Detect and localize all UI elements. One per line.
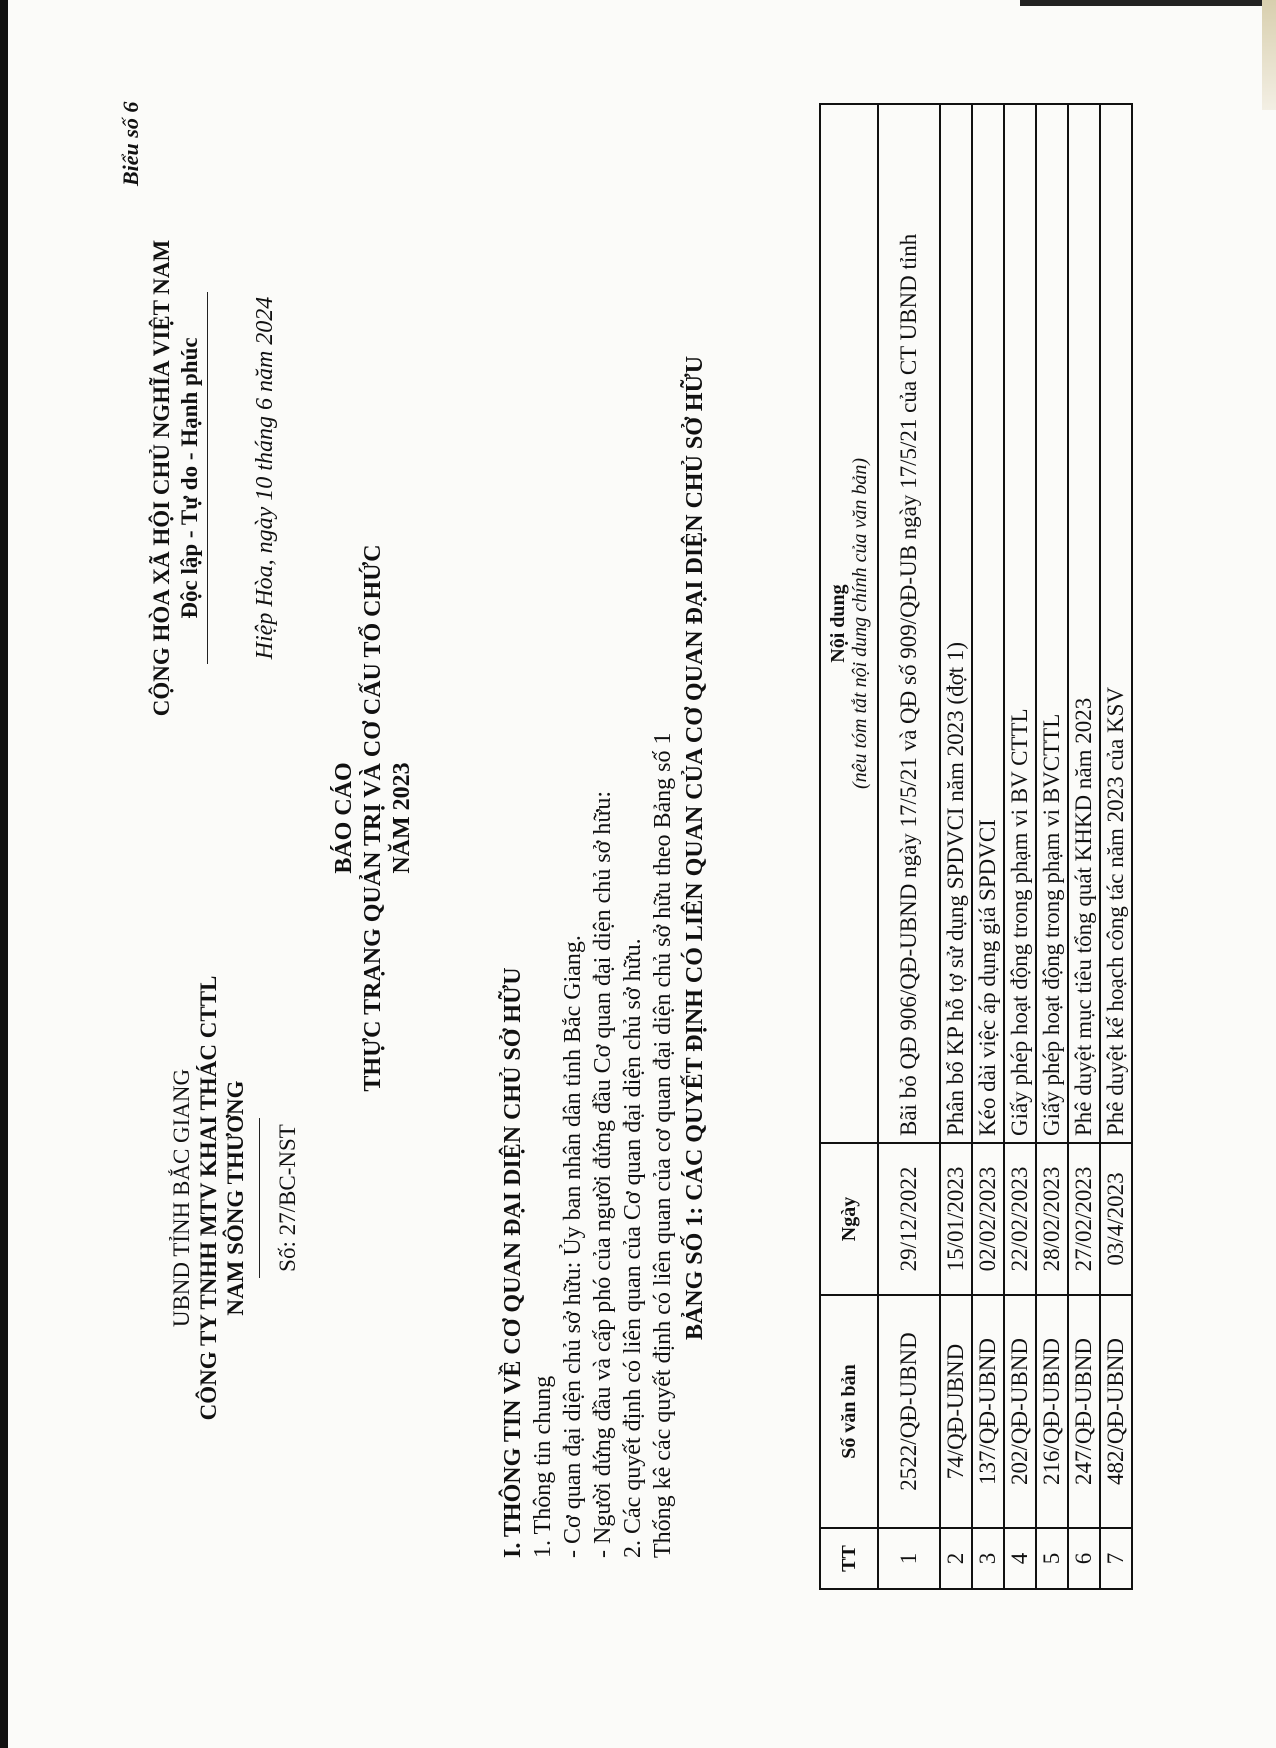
cell-doc-no: 482/QĐ-UBND (1100, 1295, 1132, 1528)
table-row: 4202/QĐ-UBND22/02/2023Giấy phép hoạt độn… (1004, 104, 1036, 1589)
table-row: 6247/QĐ-UBND27/02/2023Phê duyệt mục tiêu… (1068, 104, 1100, 1589)
cell-content: Phê duyệt kế hoạch công tác năm 2023 của… (1100, 104, 1132, 1143)
cell-date: 27/02/2023 (1068, 1143, 1100, 1295)
cell-content: Phê duyệt mục tiêu tổng quát KHKD năm 20… (1068, 104, 1100, 1143)
motto-line-1: CỘNG HÒA XÃ HỘI CHỦ NGHĨA VIỆT NAM (148, 128, 176, 828)
section-line: - Người đứng đầu và cấp phó của người đứ… (588, 138, 618, 1558)
document-page: Biểu số 6 UBND TỈNH BẮC GIANG CÔNG TY TN… (0, 0, 1276, 1748)
table-row: 5216/QĐ-UBND28/02/2023Giấy phép hoạt độn… (1036, 104, 1068, 1589)
header-date: Ngày (820, 1143, 878, 1295)
header-content-note: (nêu tóm tắt nội dung chính của văn bản) (849, 111, 871, 1136)
cell-tt: 4 (1004, 1528, 1036, 1589)
cell-content: Kéo dài việc áp dụng giá SPDVCI (972, 104, 1004, 1143)
cell-doc-no: 2522/QĐ-UBND (878, 1295, 940, 1528)
section-line: 1. Thông tin chung (528, 138, 558, 1558)
section-heading: I. THÔNG TIN VỀ CƠ QUAN ĐẠI DIỆN CHỦ SỞ … (498, 138, 528, 1558)
cell-date: 15/01/2023 (940, 1143, 972, 1295)
motto-line-2: Độc lập - Tự do - Hạnh phúc (176, 128, 204, 828)
header-content: Nội dung (nêu tóm tắt nội dung chính của… (820, 104, 878, 1143)
table-row: 274/QĐ-UBND15/01/2023Phân bổ KP hỗ tợ sử… (940, 104, 972, 1589)
issuer-underline (259, 1118, 260, 1278)
motto-underline (207, 292, 208, 664)
title-line-3: NĂM 2023 (388, 408, 417, 1228)
cell-doc-no: 247/QĐ-UBND (1068, 1295, 1100, 1528)
place-date: Hiệp Hòa, ngày 10 tháng 6 năm 2024 (252, 128, 279, 828)
issuer-line-2: CÔNG TY TNHH MTV KHAI THÁC CTTL (195, 948, 222, 1448)
cell-tt: 7 (1100, 1528, 1132, 1589)
cell-content: Bãi bỏ QĐ 906/QĐ-UBND ngày 17/5/21 và QĐ… (878, 104, 940, 1143)
form-label: Biểu số 6 (118, 102, 144, 186)
title-line-2: THỰC TRẠNG QUẢN TRỊ VÀ CƠ CẤU TỔ CHỨC (359, 408, 388, 1228)
section-line: - Cơ quan đại diện chủ sở hữu: Ủy ban nh… (558, 138, 588, 1558)
national-motto: CỘNG HÒA XÃ HỘI CHỦ NGHĨA VIỆT NAM Độc l… (148, 128, 279, 828)
table-title: BẢNG SỐ 1: CÁC QUYẾT ĐỊNH CÓ LIÊN QUAN C… (680, 138, 710, 1558)
cell-content: Giấy phép hoạt động trong phạm vi BVCTTL (1036, 104, 1068, 1143)
header-tt: TT (820, 1528, 878, 1589)
document-number: Số: 27/BC-NST (274, 948, 301, 1448)
cell-date: 02/02/2023 (972, 1143, 1004, 1295)
issuer-line-3: NAM SÔNG THƯƠNG (222, 948, 249, 1448)
title-line-1: BÁO CÁO (330, 408, 359, 1228)
cell-date: 28/02/2023 (1036, 1143, 1068, 1295)
cell-content: Giấy phép hoạt động trong phạm vi BV CTT… (1004, 104, 1036, 1143)
section-1: I. THÔNG TIN VỀ CƠ QUAN ĐẠI DIỆN CHỦ SỞ … (498, 138, 710, 1558)
cell-tt: 6 (1068, 1528, 1100, 1589)
table-row: 7482/QĐ-UBND03/4/2023Phê duyệt kế hoạch … (1100, 104, 1132, 1589)
table-row: 3137/QĐ-UBND02/02/2023Kéo dài việc áp dụ… (972, 104, 1004, 1589)
cell-tt: 3 (972, 1528, 1004, 1589)
header-doc-no: Số văn bản (820, 1295, 878, 1528)
cell-doc-no: 202/QĐ-UBND (1004, 1295, 1036, 1528)
cell-content: Phân bổ KP hỗ tợ sử dụng SPDVCI năm 2023… (940, 104, 972, 1143)
cell-date: 22/02/2023 (1004, 1143, 1036, 1295)
table-row: 12522/QĐ-UBND29/12/2022Bãi bỏ QĐ 906/QĐ-… (878, 104, 940, 1589)
decisions-table: TT Số văn bản Ngày Nội dung (nêu tóm tắt… (819, 103, 1133, 1590)
cell-doc-no: 216/QĐ-UBND (1036, 1295, 1068, 1528)
header-content-label: Nội dung (827, 111, 849, 1136)
cell-date: 29/12/2022 (878, 1143, 940, 1295)
cell-tt: 2 (940, 1528, 972, 1589)
section-line: Thống kê các quyết định có liên quan của… (648, 138, 678, 1558)
cell-date: 03/4/2023 (1100, 1143, 1132, 1295)
cell-tt: 1 (878, 1528, 940, 1589)
issuer-line-1: UBND TỈNH BẮC GIANG (168, 948, 195, 1448)
cell-tt: 5 (1036, 1528, 1068, 1589)
section-line: 2. Các quyết định có liên quan của Cơ qu… (618, 138, 648, 1558)
cell-doc-no: 74/QĐ-UBND (940, 1295, 972, 1528)
report-title: BÁO CÁO THỰC TRẠNG QUẢN TRỊ VÀ CƠ CẤU TỔ… (330, 408, 417, 1228)
cell-doc-no: 137/QĐ-UBND (972, 1295, 1004, 1528)
table-header-row: TT Số văn bản Ngày Nội dung (nêu tóm tắt… (820, 104, 878, 1589)
issuer-header: UBND TỈNH BẮC GIANG CÔNG TY TNHH MTV KHA… (168, 948, 301, 1448)
